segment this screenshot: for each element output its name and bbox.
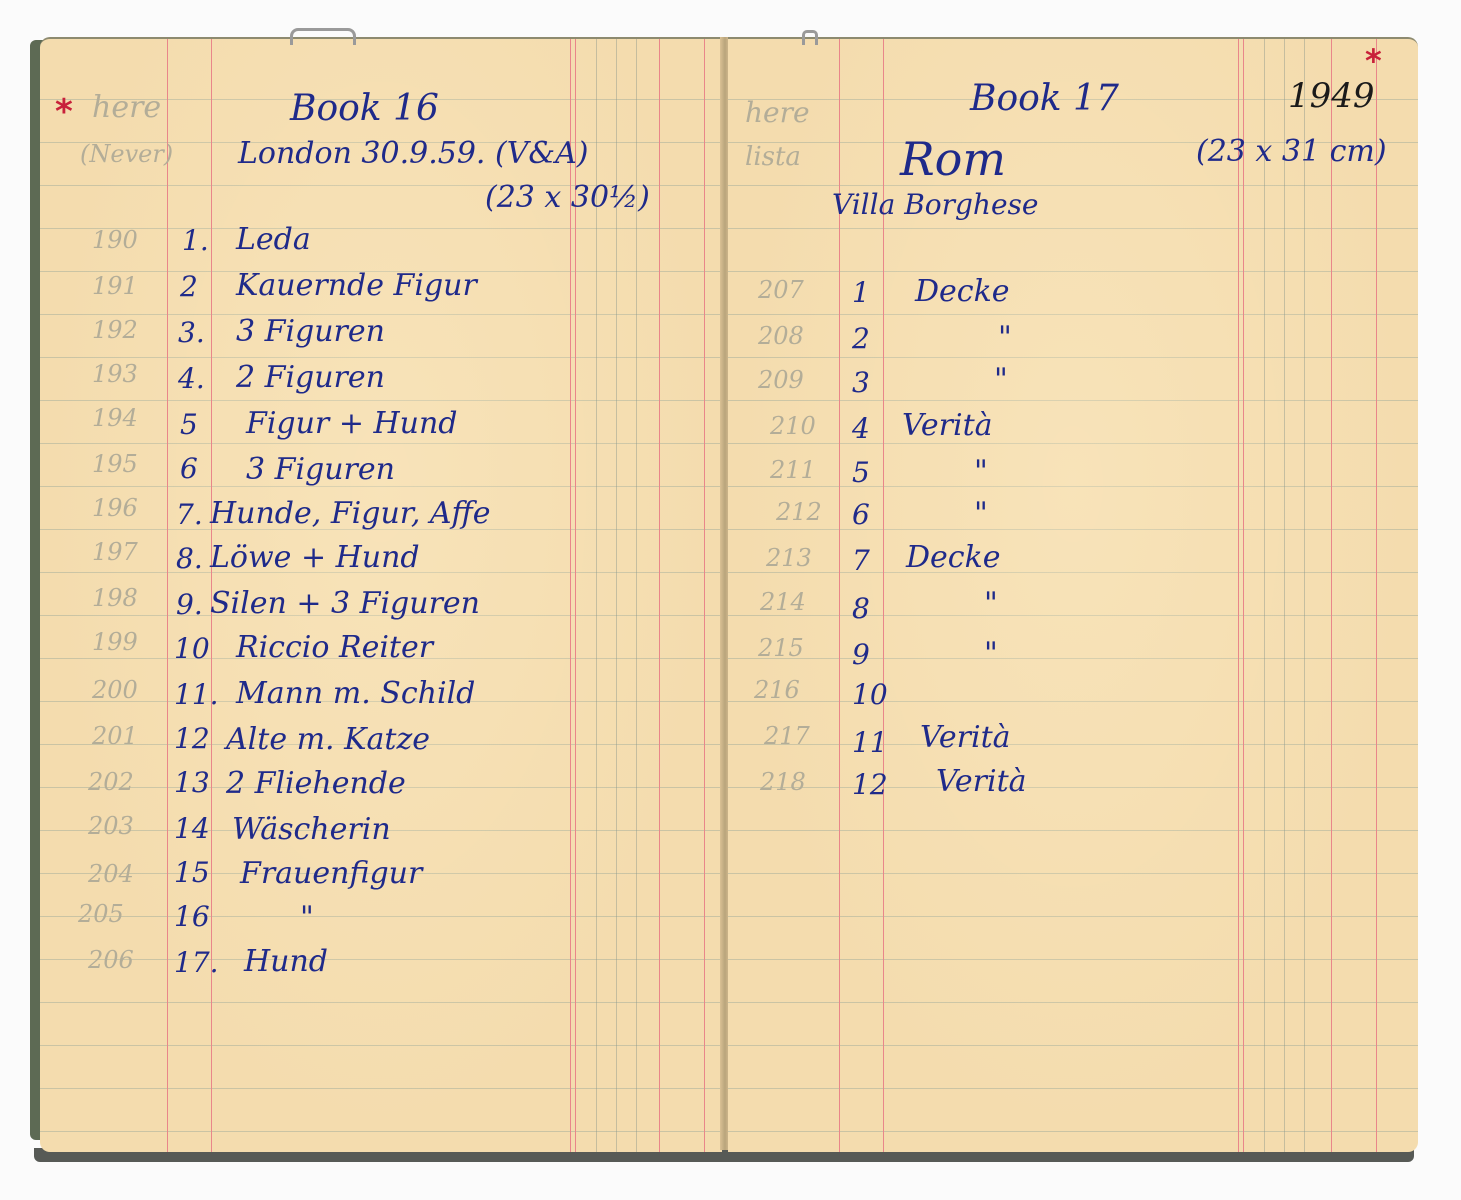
entry-title: Verità xyxy=(902,408,993,443)
entry-number: 11 xyxy=(852,726,888,759)
entry-title: Kauernde Figur xyxy=(236,268,477,303)
pencil-note: lista xyxy=(745,142,801,172)
entry-number: 17. xyxy=(174,946,219,979)
entry-title: Verità xyxy=(920,720,1011,755)
entry-title: Alte m. Katze xyxy=(226,722,430,757)
entry-number: 14 xyxy=(174,812,210,845)
pencil-number: 211 xyxy=(770,456,816,484)
entry-title: Leda xyxy=(236,222,311,257)
pencil-number: 194 xyxy=(92,404,138,432)
entry-number: 12 xyxy=(174,722,210,755)
entry-title: 2 Fliehende xyxy=(226,766,406,801)
pencil-number: 208 xyxy=(758,322,804,350)
book-sublocation: Villa Borghese xyxy=(832,188,1038,221)
pencil-number: 195 xyxy=(92,450,138,478)
entry-title: 2 Figuren xyxy=(236,360,385,395)
entry-number: 6 xyxy=(852,498,870,531)
book-dimensions: (23 x 30½) xyxy=(485,180,650,215)
pencil-number: 213 xyxy=(766,544,812,572)
entry-title: " xyxy=(974,454,988,489)
entry-number: 16 xyxy=(174,900,210,933)
entry-number: 8 xyxy=(852,592,870,625)
star-marker: * xyxy=(1365,42,1382,80)
pencil-number: 198 xyxy=(92,584,138,612)
entry-number: 10 xyxy=(852,678,888,711)
binder-clip xyxy=(290,28,356,45)
pencil-number: 193 xyxy=(92,360,138,388)
entry-number: 8. xyxy=(176,542,203,575)
entry-title: " xyxy=(984,586,998,621)
pencil-note: here xyxy=(92,90,161,125)
entry-title: Riccio Reiter xyxy=(236,630,433,665)
entry-number: 3 xyxy=(852,366,870,399)
grid-rule xyxy=(1264,39,1265,1152)
entry-title: Verità xyxy=(936,764,1027,799)
margin-rule xyxy=(167,39,168,1152)
pencil-number: 215 xyxy=(758,634,804,662)
pencil-number: 199 xyxy=(92,628,138,656)
entry-title: 3 Figuren xyxy=(236,314,385,349)
entry-title: Hunde, Figur, Affe xyxy=(210,496,491,531)
book-title: Book 16 xyxy=(290,88,439,129)
pencil-number: 206 xyxy=(88,946,134,974)
pencil-number: 212 xyxy=(776,498,822,526)
column-rule xyxy=(659,39,660,1152)
entry-number: 4 xyxy=(852,412,870,445)
entry-title: " xyxy=(974,496,988,531)
binder-ring xyxy=(802,30,818,45)
entry-title: 3 Figuren xyxy=(246,452,395,487)
column-rule xyxy=(704,39,705,1152)
entry-title: " xyxy=(994,362,1008,397)
entry-title: " xyxy=(998,320,1012,355)
grid-rule xyxy=(1284,39,1285,1152)
grid-rule xyxy=(1304,39,1305,1152)
star-marker: * xyxy=(55,92,73,132)
entry-title: Decke xyxy=(906,540,1001,575)
pencil-number: 205 xyxy=(78,900,124,928)
entry-title: Hund xyxy=(244,944,328,979)
book-location: Rom xyxy=(900,132,1006,186)
pencil-number: 200 xyxy=(92,676,138,704)
pencil-number: 210 xyxy=(770,412,816,440)
column-rule xyxy=(1331,39,1332,1152)
pencil-number: 201 xyxy=(92,722,138,750)
entry-number: 12 xyxy=(852,768,888,801)
pencil-number: 204 xyxy=(88,860,134,888)
entry-number: 7. xyxy=(176,498,203,531)
entry-number: 5 xyxy=(180,408,198,441)
entry-number: 2 xyxy=(852,322,870,355)
pencil-number: 217 xyxy=(764,722,810,750)
pencil-number: 207 xyxy=(758,276,804,304)
pencil-number: 192 xyxy=(92,316,138,344)
entry-number: 6 xyxy=(180,452,198,485)
entry-title: Frauenfigur xyxy=(240,856,422,891)
pencil-number: 202 xyxy=(88,768,134,796)
book-year: 1949 xyxy=(1288,76,1375,116)
pencil-number: 214 xyxy=(760,588,806,616)
entry-number: 5 xyxy=(852,456,870,489)
entry-title: Figur + Hund xyxy=(246,406,458,441)
book-title: Book 17 xyxy=(970,78,1119,119)
entry-number: 7 xyxy=(852,544,870,577)
pencil-number: 209 xyxy=(758,366,804,394)
entry-number: 13 xyxy=(174,766,210,799)
entry-number: 10 xyxy=(174,632,210,665)
entry-title: Mann m. Schild xyxy=(236,676,475,711)
pencil-number: 203 xyxy=(88,812,134,840)
entry-title: " xyxy=(984,636,998,671)
entry-number: 9 xyxy=(852,638,870,671)
entry-number: 1. xyxy=(182,224,209,257)
pencil-number: 218 xyxy=(760,768,806,796)
book-dimensions: (23 x 31 cm) xyxy=(1196,134,1387,169)
pencil-number: 190 xyxy=(92,226,138,254)
pencil-note: here xyxy=(745,96,810,129)
book-location: London 30.9.59. (V&A) xyxy=(238,136,588,171)
column-rule xyxy=(1243,39,1244,1152)
entry-number: 2 xyxy=(180,270,198,303)
entry-number: 15 xyxy=(174,856,210,889)
column-rule xyxy=(1238,39,1239,1152)
column-rule xyxy=(1376,39,1377,1152)
entry-number: 11. xyxy=(174,678,219,711)
pencil-number: 197 xyxy=(92,538,138,566)
entry-title: Silen + 3 Figuren xyxy=(210,586,480,621)
entry-number: 1 xyxy=(852,276,870,309)
entry-title: Löwe + Hund xyxy=(210,540,420,575)
entry-title: " xyxy=(300,900,314,935)
entry-number: 4. xyxy=(178,362,205,395)
pencil-number: 191 xyxy=(92,272,138,300)
pencil-note: (Never) xyxy=(80,140,173,168)
pencil-number: 216 xyxy=(754,676,800,704)
entry-title: Wäscherin xyxy=(232,812,391,847)
pencil-number: 196 xyxy=(92,494,138,522)
entry-number: 9. xyxy=(176,588,203,621)
entry-number: 3. xyxy=(178,316,205,349)
entry-title: Decke xyxy=(915,274,1010,309)
